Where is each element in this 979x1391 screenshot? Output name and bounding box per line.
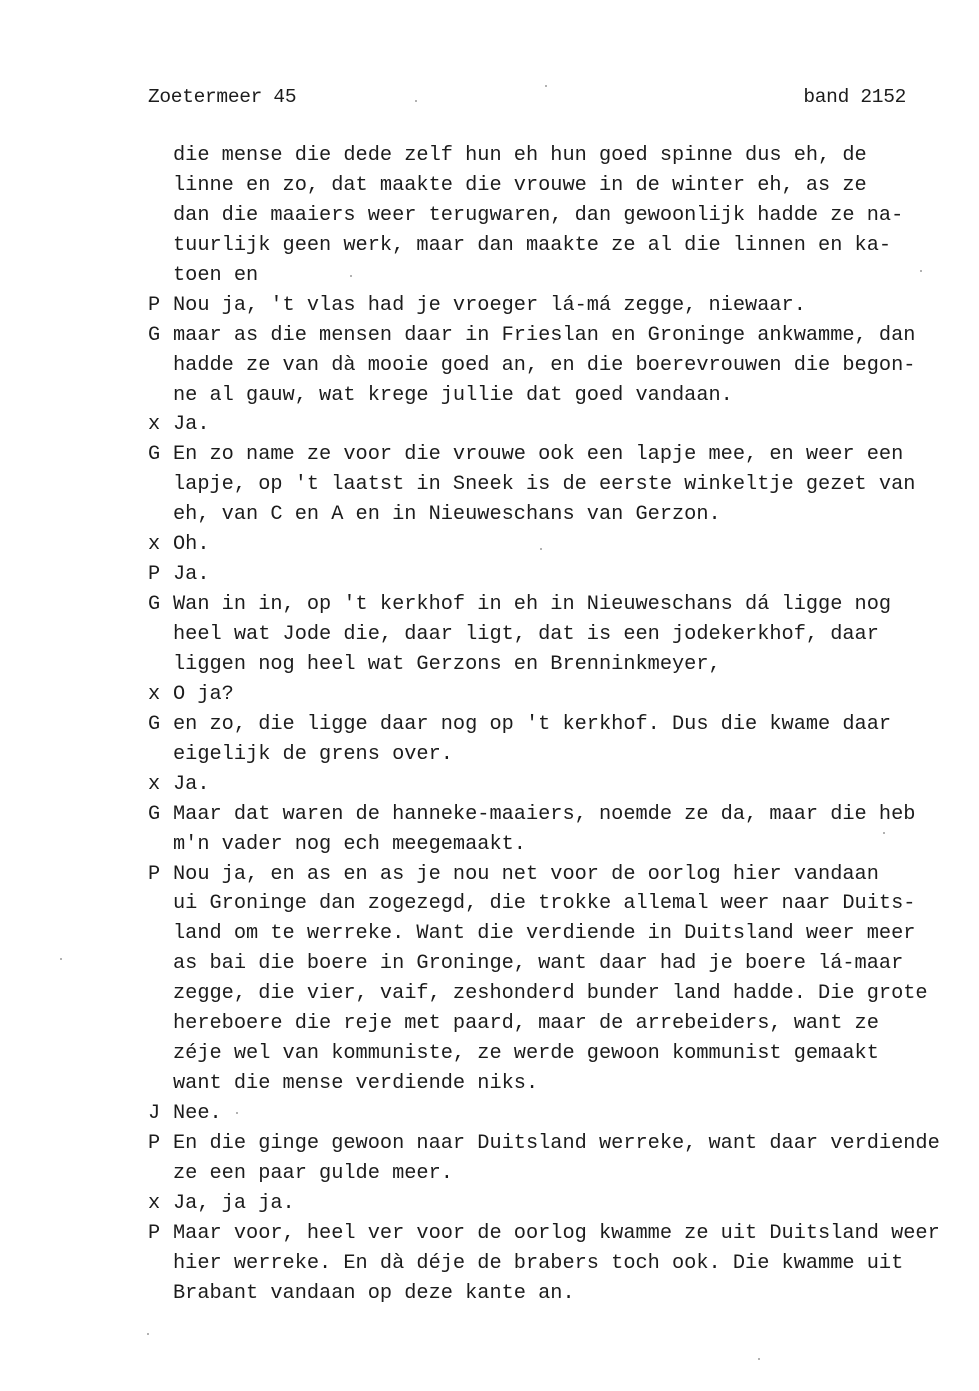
transcript-line: hier werreke. En dà déje de brabers toch… [173, 1249, 958, 1279]
speaker-label: G [148, 800, 160, 830]
speaker-label: x [148, 530, 160, 560]
speaker-label: P [148, 1219, 160, 1249]
transcript-line: heel wat Jode die, daar ligt, dat is een… [173, 620, 958, 650]
speaker-label: x [148, 680, 160, 710]
transcript-turn: Gen zo, die ligge daar nog op 't kerkhof… [148, 710, 958, 770]
scan-speck [883, 832, 885, 834]
transcript-line: Maar dat waren de hanneke-maaiers, noemd… [173, 800, 958, 830]
transcript-line: linne en zo, dat maakte die vrouwe in de… [173, 171, 958, 201]
transcript-turn: xOh. [148, 530, 958, 560]
transcript-line: en zo, die ligge daar nog op 't kerkhof.… [173, 710, 958, 740]
transcript-line: toen en [173, 261, 958, 291]
scan-speck [350, 275, 352, 277]
speaker-label: P [148, 860, 160, 890]
scan-speck [545, 85, 547, 87]
transcript-line: maar as die mensen daar in Frieslan en G… [173, 321, 958, 351]
scan-speck [540, 548, 542, 550]
transcript-line: ui Groninge dan zogezegd, die trokke all… [173, 889, 958, 919]
transcript-line: want die mense verdiende niks. [173, 1069, 958, 1099]
transcript-line: Ja, ja ja. [173, 1189, 958, 1219]
transcript-turn: PEn die ginge gewoon naar Duitsland werr… [148, 1129, 958, 1189]
transcript-line: as bai die boere in Groninge, want daar … [173, 949, 958, 979]
transcript-line: eigelijk de grens over. [173, 740, 958, 770]
transcript-line: hereboere die reje met paard, maar de ar… [173, 1009, 958, 1039]
transcript-line: Brabant vandaan op deze kante an. [173, 1279, 958, 1309]
transcript-line: Ja. [173, 770, 958, 800]
transcript-line: Maar voor, heel ver voor de oorlog kwamm… [173, 1219, 958, 1249]
transcript-line: Nou ja, en as en as je nou net voor de o… [173, 860, 958, 890]
transcript-line: zegge, die vier, vaif, zeshonderd bunder… [173, 979, 958, 1009]
speaker-label: J [148, 1099, 160, 1129]
transcript-turn: xJa, ja ja. [148, 1189, 958, 1219]
transcript-turn: xJa. [148, 770, 958, 800]
transcript-line: liggen nog heel wat Gerzons en Brenninkm… [173, 650, 958, 680]
page-header: Zoetermeer 45 band 2152 [148, 84, 906, 110]
typewritten-page: Zoetermeer 45 band 2152 die mense die de… [0, 0, 979, 1391]
transcript-turn: PMaar voor, heel ver voor de oorlog kwam… [148, 1219, 958, 1309]
transcript-line: dan die maaiers weer terugwaren, dan gew… [173, 201, 958, 231]
speaker-label: x [148, 1189, 160, 1219]
transcript-turn: GWan in in, op 't kerkhof in eh in Nieuw… [148, 590, 958, 680]
transcript-turn: die mense die dede zelf hun eh hun goed … [148, 141, 958, 291]
transcript-turn: PJa. [148, 560, 958, 590]
transcript-line: Ja. [173, 560, 958, 590]
transcript-line: Wan in in, op 't kerkhof in eh in Nieuwe… [173, 590, 958, 620]
transcript-line: zéje wel van kommuniste, ze werde gewoon… [173, 1039, 958, 1069]
transcript-turn: GEn zo name ze voor die vrouwe ook een l… [148, 440, 958, 530]
scan-speck [60, 958, 62, 960]
speaker-label: G [148, 710, 160, 740]
scan-speck [415, 100, 417, 102]
transcript-line: lapje, op 't laatst in Sneek is de eerst… [173, 470, 958, 500]
transcript-line: O ja? [173, 680, 958, 710]
transcript-line: die mense die dede zelf hun eh hun goed … [173, 141, 958, 171]
speaker-label: P [148, 1129, 160, 1159]
transcript-line: Ja. [173, 410, 958, 440]
scan-speck [920, 270, 922, 272]
scan-speck [236, 1112, 238, 1114]
transcript-line: En die ginge gewoon naar Duitsland werre… [173, 1129, 958, 1159]
document-location-number: Zoetermeer 45 [148, 84, 296, 110]
transcript-turn: JNee. [148, 1099, 958, 1129]
interview-transcript: die mense die dede zelf hun eh hun goed … [148, 141, 958, 1309]
transcript-line: Nou ja, 't vlas had je vroeger lá-má zeg… [173, 291, 958, 321]
transcript-turn: GMaar dat waren de hanneke-maaiers, noem… [148, 800, 958, 860]
speaker-label: P [148, 291, 160, 321]
transcript-line: tuurlijk geen werk, maar dan maakte ze a… [173, 231, 958, 261]
transcript-turn: PNou ja, en as en as je nou net voor de … [148, 860, 958, 1100]
speaker-label: x [148, 770, 160, 800]
transcript-line: En zo name ze voor die vrouwe ook een la… [173, 440, 958, 470]
scan-speck [758, 1358, 760, 1360]
speaker-label: G [148, 321, 160, 351]
speaker-label: G [148, 440, 160, 470]
tape-number: band 2152 [803, 84, 906, 110]
transcript-turn: PNou ja, 't vlas had je vroeger lá-má ze… [148, 291, 958, 321]
speaker-label: x [148, 410, 160, 440]
speaker-label: G [148, 590, 160, 620]
transcript-line: hadde ze van dà mooie goed an, en die bo… [173, 351, 958, 381]
speaker-label: P [148, 560, 160, 590]
transcript-turn: xO ja? [148, 680, 958, 710]
transcript-turn: Gmaar as die mensen daar in Frieslan en … [148, 321, 958, 411]
transcript-line: Nee. [173, 1099, 958, 1129]
transcript-line: ze een paar gulde meer. [173, 1159, 958, 1189]
transcript-line: Oh. [173, 530, 958, 560]
transcript-turn: xJa. [148, 410, 958, 440]
scan-speck [147, 1333, 149, 1335]
transcript-line: m'n vader nog ech meegemaakt. [173, 830, 958, 860]
transcript-line: ne al gauw, wat krege jullie dat goed va… [173, 381, 958, 411]
transcript-line: land om te werreke. Want die verdiende i… [173, 919, 958, 949]
transcript-line: eh, van C en A en in Nieuweschans van Ge… [173, 500, 958, 530]
